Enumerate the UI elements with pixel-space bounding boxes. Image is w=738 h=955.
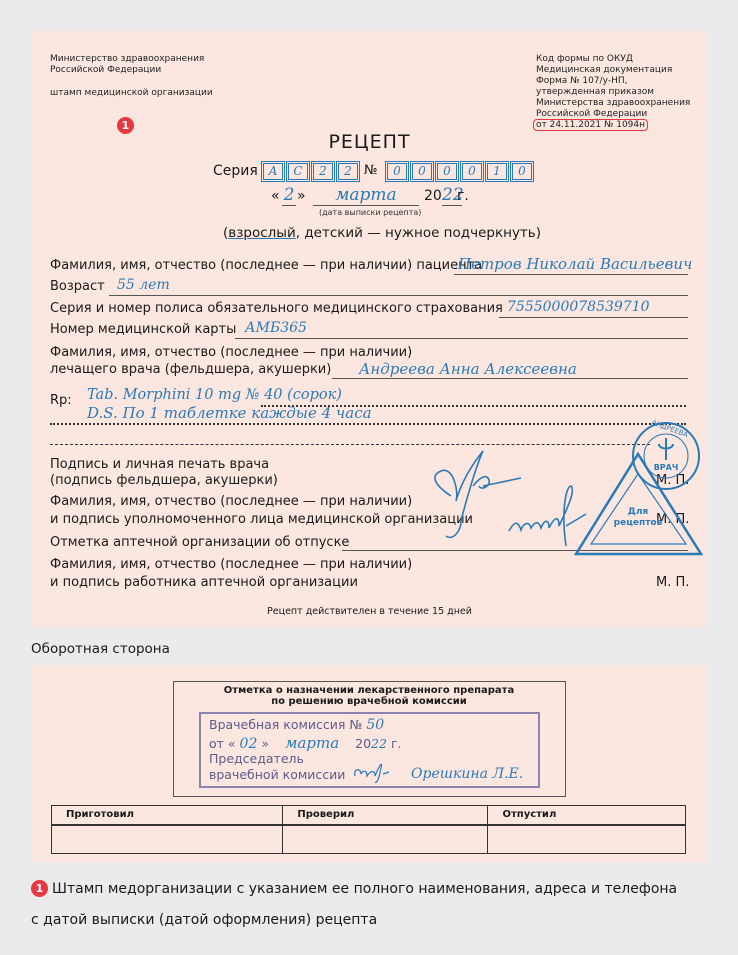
number-cell: 0 bbox=[387, 163, 407, 180]
doctor-value: Андреева Анна Алексеевна bbox=[359, 360, 577, 378]
validity-note: Рецепт действителен в течение 15 дней bbox=[31, 606, 708, 617]
rp-line-1: Tab. Morphini 10 mg № 40 (сорок) bbox=[87, 387, 342, 403]
okud-block: Код формы по ОКУД Медицинская документац… bbox=[536, 54, 690, 131]
triangle-stamp-center-1: Для bbox=[628, 507, 649, 517]
commission-date-row: от « 02 » марта 2022 г. bbox=[209, 734, 401, 752]
card-line bbox=[235, 338, 688, 339]
series-cell: 2 bbox=[338, 163, 358, 180]
series-cell: С bbox=[288, 163, 308, 180]
from-label: от « bbox=[209, 736, 236, 751]
table-header-dispensed: Отпустил bbox=[488, 806, 686, 825]
series-cell: А bbox=[263, 163, 283, 180]
prescription-front: Министерство здравоохранения Российской … bbox=[31, 31, 708, 627]
date-year-unit: г. bbox=[457, 188, 469, 204]
age-line bbox=[109, 295, 688, 296]
date-month: марта bbox=[313, 185, 419, 206]
category-rest: , детский — нужное подчеркнуть) bbox=[296, 225, 541, 241]
commission-number-row: Врачебная комиссия № 50 bbox=[209, 717, 384, 733]
card-label: Номер медицинской карты bbox=[50, 322, 236, 337]
okud-line: Форма № 107/у-НП, bbox=[536, 76, 690, 87]
date-caption: (дата выписки рецепта) bbox=[319, 208, 421, 217]
series-label: Серия bbox=[213, 163, 258, 179]
okud-line: утвержденная приказом bbox=[536, 87, 690, 98]
doctor-label-1: Фамилия, имя, отчество (последнее — при … bbox=[50, 345, 412, 360]
ministry-header: Министерство здравоохранения Российской … bbox=[50, 54, 204, 76]
from-month: марта bbox=[285, 734, 339, 752]
policy-line bbox=[499, 317, 688, 318]
number-cell: 0 bbox=[412, 163, 432, 180]
number-label: № bbox=[364, 163, 378, 178]
table-header-prepared: Приготовил bbox=[52, 806, 283, 825]
footnote-line-1: Штамп медорганизации с указанием ее полн… bbox=[52, 881, 677, 897]
doctor-line bbox=[332, 378, 688, 379]
table-cell-dispensed bbox=[488, 825, 686, 854]
date-year-prefix: 20 bbox=[424, 188, 442, 204]
footnote: 1Штамп медорганизации с указанием ее пол… bbox=[31, 874, 677, 936]
patient-name-line bbox=[454, 274, 688, 275]
commission-number: 50 bbox=[366, 717, 384, 733]
okud-line: Код формы по ОКУД bbox=[536, 54, 690, 65]
triangle-prescription-stamp bbox=[576, 454, 701, 554]
date-open-quote: « bbox=[271, 188, 280, 204]
ministry-line-2: Российской Федерации bbox=[50, 65, 204, 76]
stamp-place-mark: М. П. bbox=[656, 575, 689, 590]
age-value: 55 лет bbox=[117, 277, 170, 293]
commission-box: Отметка о назначении лекарственного преп… bbox=[173, 681, 566, 797]
commission-stamp: Врачебная комиссия № 50 от « 02 » марта … bbox=[199, 712, 540, 788]
order-reference-highlight: от 24.11.2021 № 1094н bbox=[533, 119, 648, 131]
date-close-quote: » bbox=[297, 188, 306, 204]
okud-line: Министерства здравоохранения bbox=[536, 98, 690, 109]
patient-name-value: Петров Николай Васильевич bbox=[458, 255, 692, 273]
from-day: 02 bbox=[240, 736, 258, 752]
chair-label-1: Председатель bbox=[209, 751, 304, 766]
policy-label: Серия и номер полиса обязательного медиц… bbox=[50, 301, 503, 316]
table-cell-checked bbox=[283, 825, 488, 854]
number-cell: 0 bbox=[512, 163, 532, 180]
round-doctor-stamp bbox=[633, 423, 699, 489]
date-day: 2 bbox=[282, 185, 296, 206]
triangle-stamp-center-2: рецептов bbox=[614, 518, 663, 528]
round-stamp-center: ВРАЧ bbox=[654, 463, 679, 472]
table-cell-prepared bbox=[52, 825, 283, 854]
card-value: АМБ365 bbox=[245, 320, 307, 336]
commission-title-2: по решению врачебной комиссии bbox=[174, 696, 564, 707]
pharmacist-label-1: Фамилия, имя, отчество (последнее — при … bbox=[50, 557, 412, 572]
chair-signature bbox=[351, 760, 401, 786]
number-cell: 0 bbox=[462, 163, 482, 180]
stamps: ВРАЧ АНДРЕЕВА Для рецептов bbox=[566, 416, 706, 558]
number-cell: 1 bbox=[487, 163, 507, 180]
rp-label: Rp: bbox=[50, 393, 72, 408]
footnote-badge: 1 bbox=[31, 880, 48, 897]
rp-dashed-line bbox=[50, 443, 650, 445]
from-close: » bbox=[261, 736, 269, 751]
doctor-label-2: лечащего врача (фельдшера, акушерки) bbox=[50, 362, 331, 377]
rp-line-2: D.S. По 1 таблетке каждые 4 часа bbox=[87, 404, 372, 422]
footnote-line-2: с датой выписки (датой оформления) рецеп… bbox=[31, 905, 677, 936]
dispense-table: Приготовил Проверил Отпустил bbox=[51, 805, 686, 854]
patient-name-label: Фамилия, имя, отчество (последнее — при … bbox=[50, 258, 482, 273]
page-title: РЕЦЕПТ bbox=[31, 131, 708, 153]
table-header-checked: Проверил bbox=[283, 806, 488, 825]
commission-label: Врачебная комиссия № bbox=[209, 717, 362, 732]
category-selected: взрослый bbox=[228, 225, 295, 241]
ministry-line-1: Министерство здравоохранения bbox=[50, 54, 204, 65]
authorized-label-2: и подпись уполномоченного лица медицинск… bbox=[50, 512, 473, 527]
pharmacist-label-2: и подпись работника аптечной организации bbox=[50, 575, 358, 590]
chair-name: Орешкина Л.Е. bbox=[411, 766, 523, 782]
from-year-suffix: 22 bbox=[371, 736, 387, 751]
doctor-sign-label-2: (подпись фельдшера, акушерки) bbox=[50, 473, 278, 488]
commission-title: Отметка о назначении лекарственного преп… bbox=[174, 685, 564, 707]
prescription-back: Отметка о назначении лекарственного преп… bbox=[31, 665, 708, 862]
from-year-prefix: 20 bbox=[355, 736, 371, 751]
commission-title-1: Отметка о назначении лекарственного преп… bbox=[174, 685, 564, 696]
patient-category: (взрослый, детский — нужное подчеркнуть) bbox=[223, 225, 541, 241]
policy-value: 7555000078539710 bbox=[507, 299, 650, 315]
authorized-label-1: Фамилия, имя, отчество (последнее — при … bbox=[50, 494, 412, 509]
org-stamp-label: штамп медицинской организации bbox=[50, 88, 213, 99]
series-number-row: А С 2 2 № 0 0 0 0 1 0 bbox=[261, 163, 561, 180]
pharmacy-mark-label: Отметка аптечной организации об отпуске bbox=[50, 535, 349, 550]
doctor-sign-label-1: Подпись и личная печать врача bbox=[50, 457, 269, 472]
from-year-unit: г. bbox=[391, 736, 402, 751]
chair-label-2: врачебной комиссии bbox=[209, 767, 345, 782]
okud-line: Медицинская документация bbox=[536, 65, 690, 76]
number-cell: 0 bbox=[437, 163, 457, 180]
age-label: Возраст bbox=[50, 279, 105, 294]
back-side-label: Оборотная сторона bbox=[31, 641, 170, 657]
series-cell: 2 bbox=[313, 163, 333, 180]
